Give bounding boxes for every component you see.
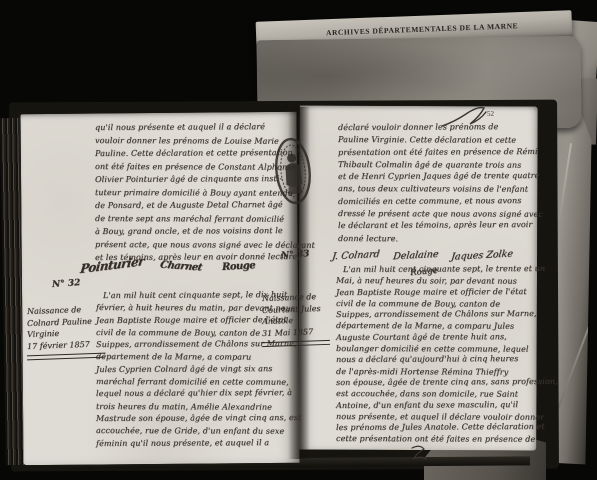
scanned-register-photo: ARCHIVES DÉPARTEMENTALES DE LA MARNE qu'…: [0, 0, 597, 480]
handwritten-line: Pauline. Cette déclaration et cette prés…: [95, 146, 293, 160]
right-page-act-end-text: déclaré vouloir donner les prénoms dePau…: [338, 122, 530, 245]
left-page-act-end-text: qu'il nous présente et auquel il a décla…: [95, 121, 293, 264]
left-page-signatures: PointurierCharnetRouge: [80, 254, 290, 273]
handwritten-line: Suippes, arrondissement de Châlons sur M…: [336, 308, 532, 320]
handwritten-line: les prénoms de Jules Anatole. Cette décl…: [336, 421, 532, 433]
handwritten-line: Jean Baptiste Rouge maire et officier de…: [336, 286, 532, 298]
margin-note-line: 31 Mai 1857: [262, 326, 321, 340]
handwritten-line: son épouse, âgée de trente cinq ans, san…: [336, 376, 532, 388]
archives-oval-stamp: [270, 134, 315, 208]
handwritten-line: présentation ont été faites en présence …: [338, 146, 530, 159]
handwritten-line: lequel nous a déclaré qu'hier dix sept f…: [96, 387, 294, 400]
handwritten-line: déclaré vouloir donner les prénoms de: [338, 121, 530, 134]
margin-note-line: 17 février 1857: [27, 339, 92, 353]
left-margin-note: Naissance deColnard PaulineVirginie17 fé…: [27, 306, 92, 352]
signature: Rouge: [222, 260, 256, 273]
archives-banner-title: ARCHIVES DÉPARTEMENTALES DE LA MARNE: [326, 21, 518, 37]
handwritten-line: L'an mil huit cent cinquante sept, le tr…: [343, 263, 532, 275]
handwritten-line: nous a déclaré qu'aujourd'hui à cinq heu…: [336, 353, 532, 365]
handwritten-line: et de Henri Cyprien Jaques âgé de trente…: [338, 170, 530, 183]
handwritten-line: qu'il nous présente et auquel il a décla…: [95, 120, 293, 134]
folio-number: 52: [487, 110, 494, 118]
handwritten-line: le déclarant et les témoins, après leur …: [338, 219, 530, 232]
handwritten-line: à Bouy, grand oncle, et de nos voisins d…: [95, 224, 293, 238]
handwritten-line: féminin qu'il nous présente, et auquel i…: [96, 437, 294, 450]
closing-paraph: [408, 444, 430, 466]
handwritten-line: Olivier Pointurier âgé de cinquante ans …: [95, 172, 293, 186]
handwritten-line: Antoine, d'un enfant du sexe masculin, q…: [336, 399, 532, 411]
signature: Charnet: [159, 260, 203, 274]
right-page-act-start-text: L'an mil huit cent cinquante sept, le tr…: [336, 264, 532, 445]
handwritten-line: Jules Cyprien Colnard âgé de vingt six a…: [96, 363, 294, 376]
right-record-number: N° 33: [281, 249, 310, 261]
handwritten-line: Mastrude son épouse, âgée de vingt cinq …: [96, 412, 294, 425]
signature: J. Colnard: [331, 249, 380, 263]
handwritten-line: domiciliés en cette commune, et nous avo…: [338, 195, 530, 208]
handwritten-line: cette présentation ont été faites en pré…: [336, 433, 532, 445]
handwritten-line: Auguste Courtant âgé de trente huit ans,: [336, 331, 532, 343]
signature: Delalaine: [392, 249, 439, 262]
signature: Pointurier: [79, 254, 144, 276]
handwritten-line: de Ponsard, et de Auguste Detal Charnet …: [95, 198, 293, 212]
right-margin-note: Naissance deCourtant JulesAnatole31 Mai …: [262, 293, 321, 339]
left-record-number: N° 32: [52, 278, 81, 290]
